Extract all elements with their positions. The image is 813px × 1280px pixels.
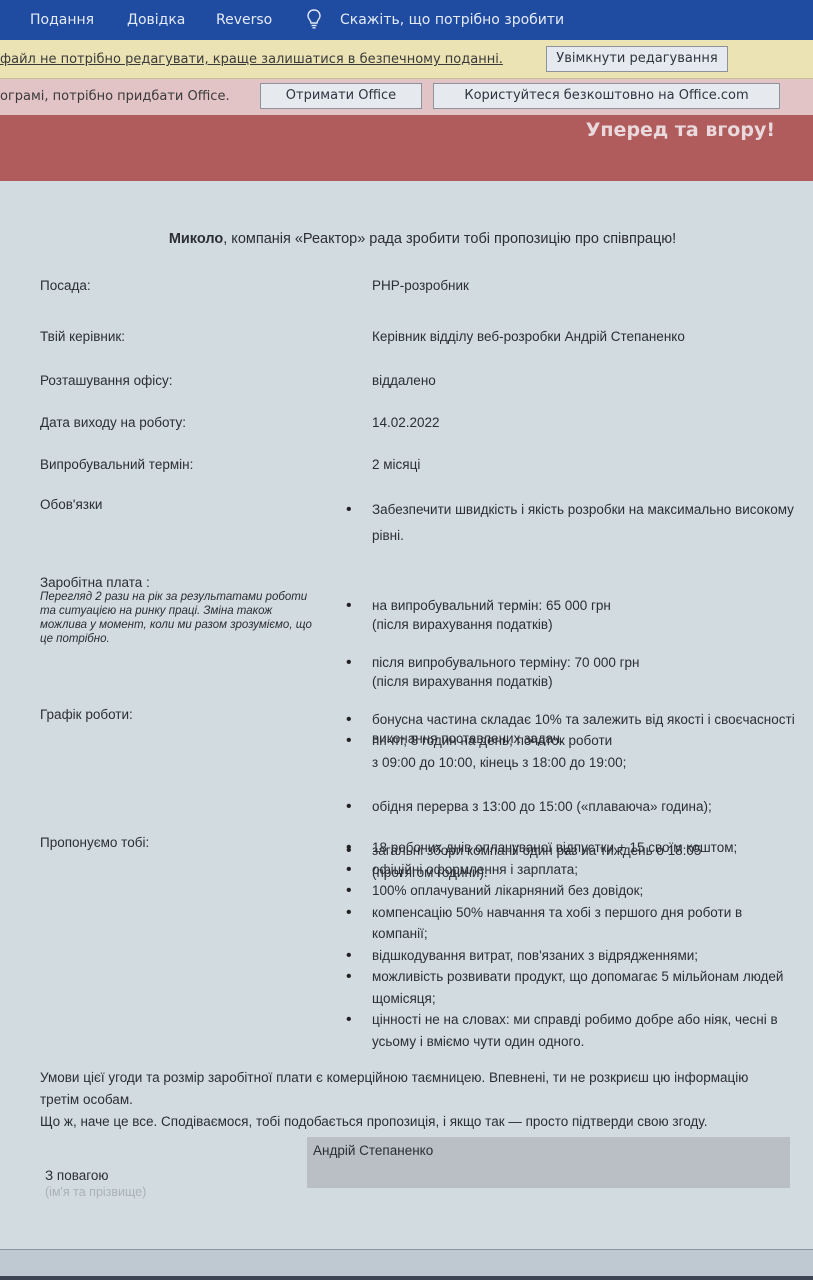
offer-label: Пропонуємо тобі: (40, 835, 149, 850)
get-office-button[interactable]: Отримати Office (260, 83, 422, 109)
closing-text: Що ж, наче це все. Сподіваємося, тобі по… (40, 1111, 780, 1133)
protected-view-message[interactable]: файл не потрібно редагувати, краще залиш… (0, 52, 503, 67)
duties-list: Забезпечити швидкість і якість розробки … (346, 497, 796, 549)
probation-label: Випробувальний термін: (40, 457, 193, 472)
salary-label: Заробітна плата : (40, 575, 320, 590)
status-bar (0, 1276, 813, 1280)
list-item: на випробувальний термін: 65 000 грн (пі… (346, 596, 796, 634)
signature-field[interactable]: Андрій Степаненко (307, 1137, 790, 1188)
list-item: відшкодування витрат, пов'язаних з відря… (346, 945, 796, 967)
position-value: PHP-розробник (372, 278, 469, 293)
tab-view[interactable]: Подання (30, 12, 94, 28)
list-item: офіційні оформлення і зарплата; (346, 859, 796, 881)
greeting-text: , компанія «Реактор» рада зробити тобі п… (223, 231, 676, 247)
office-location-value: віддалено (372, 373, 436, 388)
signature-hint: (ім'я та прізвище) (45, 1185, 146, 1199)
probation-value: 2 місяці (372, 457, 420, 472)
document-page: Миколо, компанія «Реактор» рада зробити … (0, 181, 813, 1249)
tell-me-search[interactable]: Скажіть, що потрібно зробити (340, 12, 564, 28)
use-office-com-button[interactable]: Користуйтеся безкоштовно на Office.com (433, 83, 780, 109)
offer-list: 18 робочих днів оплачуваної відпустки + … (346, 837, 796, 1052)
manager-value: Керівник відділу веб-розробки Андрій Сте… (372, 329, 685, 344)
manager-label: Твій керівник: (40, 329, 125, 344)
banner-slogan: Уперед та вгору! (586, 119, 775, 141)
tab-reverso[interactable]: Reverso (216, 12, 272, 28)
greeting-name: Миколо (169, 231, 223, 247)
list-item: 18 робочих днів оплачуваної відпустки + … (346, 837, 796, 859)
start-date-value: 14.02.2022 (372, 415, 440, 430)
enable-editing-button[interactable]: Увімкнути редагування (546, 46, 728, 72)
office-location-label: Розташування офісу: (40, 373, 172, 388)
list-item: компенсацію 50% навчання та хобі з першо… (346, 902, 796, 945)
list-item: 100% оплачуваний лікарняний без довідок; (346, 880, 796, 902)
list-item: можливість розвивати продукт, що допомаг… (346, 966, 796, 1009)
ribbon-bar: Подання Довідка Reverso Скажіть, що потр… (0, 0, 813, 40)
salary-label-block: Заробітна плата : Перегляд 2 рази на рік… (40, 575, 320, 646)
tab-help[interactable]: Довідка (127, 12, 185, 28)
office-license-bar: ограмі, потрібно придбати Office. Отрима… (0, 79, 813, 115)
protected-view-bar: файл не потрібно редагувати, краще залиш… (0, 40, 813, 79)
office-license-message: ограмі, потрібно придбати Office. (0, 89, 230, 104)
list-item: пн-пт, 8 годин на день, початок роботи з… (346, 730, 796, 774)
lightbulb-icon[interactable] (307, 9, 321, 29)
list-item: після випробувального терміну: 70 000 гр… (346, 653, 796, 691)
duties-label: Обов'язки (40, 497, 102, 512)
start-date-label: Дата виходу на роботу: (40, 415, 186, 430)
confidentiality-note: Умови цієї угоди та розмір заробітної пл… (40, 1067, 780, 1111)
position-label: Посада: (40, 278, 91, 293)
list-item: обідня перерва з 13:00 до 15:00 («плаваю… (346, 796, 796, 818)
list-item: Забезпечити швидкість і якість розробки … (346, 497, 796, 549)
list-item: цінності не на словах: ми справді робимо… (346, 1009, 796, 1052)
schedule-label: Графік роботи: (40, 707, 133, 722)
greeting: Миколо, компанія «Реактор» рада зробити … (0, 231, 813, 247)
signature-label: З повагою (45, 1168, 109, 1183)
salary-note: Перегляд 2 рази на рік за результатами р… (40, 590, 320, 646)
letter-banner: Уперед та вгору! (0, 115, 813, 181)
